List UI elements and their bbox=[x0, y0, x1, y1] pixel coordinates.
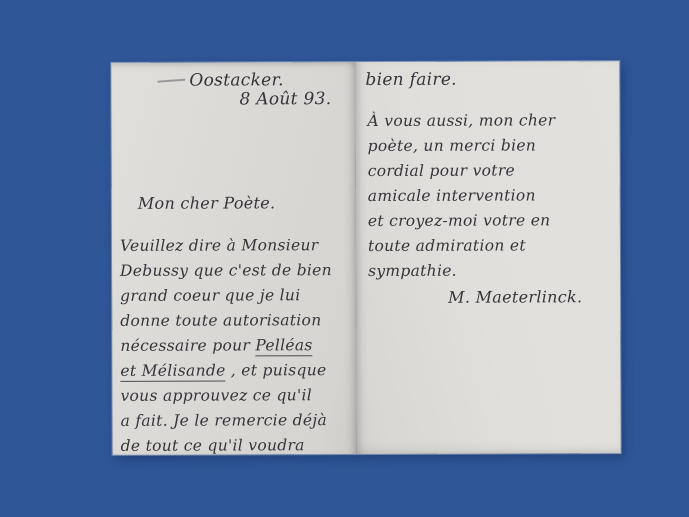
body-line: sympathie. bbox=[368, 258, 556, 284]
continuation-line: bien faire. bbox=[365, 70, 457, 90]
body-line: a fait. Je le remercie déjà bbox=[121, 408, 333, 434]
body-line: et Mélisande , et puisque bbox=[120, 358, 332, 384]
date-line: 8 Août 93. bbox=[239, 89, 331, 109]
pen-stroke bbox=[157, 79, 185, 83]
body-text: , et puisque bbox=[226, 361, 327, 379]
letter-photo: Oostacker. 8 Août 93. Mon cher Poète. Ve… bbox=[111, 61, 620, 455]
body-paragraph-page-1: Veuillez dire à Monsieur Debussy que c'e… bbox=[120, 233, 333, 459]
body-line: grand coeur que je lui bbox=[120, 283, 332, 309]
photo-background: Oostacker. 8 Août 93. Mon cher Poète. Ve… bbox=[0, 0, 689, 517]
place-line: Oostacker. bbox=[189, 70, 283, 90]
body-line: nécessaire pour Pelléas bbox=[120, 333, 332, 359]
body-line: vous approuvez ce qu'il bbox=[120, 383, 332, 409]
body-line: Debussy que c'est de bien bbox=[120, 258, 332, 284]
signature: M. Maeterlinck. bbox=[448, 287, 582, 306]
body-paragraph-page-2: À vous aussi, mon cher poète, un merci b… bbox=[367, 108, 555, 284]
underlined-title-melisande: et Mélisande bbox=[120, 361, 225, 381]
letter-page-1: Oostacker. 8 Août 93. Mon cher Poète. Ve… bbox=[111, 62, 356, 455]
body-line: Veuillez dire à Monsieur bbox=[120, 233, 332, 259]
underlined-title-pelleas: Pelléas bbox=[255, 336, 312, 356]
body-line: amicale intervention bbox=[368, 183, 556, 209]
body-line: toute admiration et bbox=[368, 233, 556, 259]
body-line: À vous aussi, mon cher bbox=[367, 108, 555, 134]
salutation: Mon cher Poète. bbox=[138, 193, 276, 212]
letter-page-2: bien faire. À vous aussi, mon cher poète… bbox=[355, 61, 620, 454]
body-line: de tout ce qu'il voudra bbox=[121, 433, 333, 459]
body-line: poète, un merci bien bbox=[368, 133, 556, 159]
body-text: nécessaire pour bbox=[120, 336, 255, 354]
body-line: et croyez-moi votre en bbox=[368, 208, 556, 234]
body-line: cordial pour votre bbox=[368, 158, 556, 184]
body-line: donne toute autorisation bbox=[120, 308, 332, 334]
